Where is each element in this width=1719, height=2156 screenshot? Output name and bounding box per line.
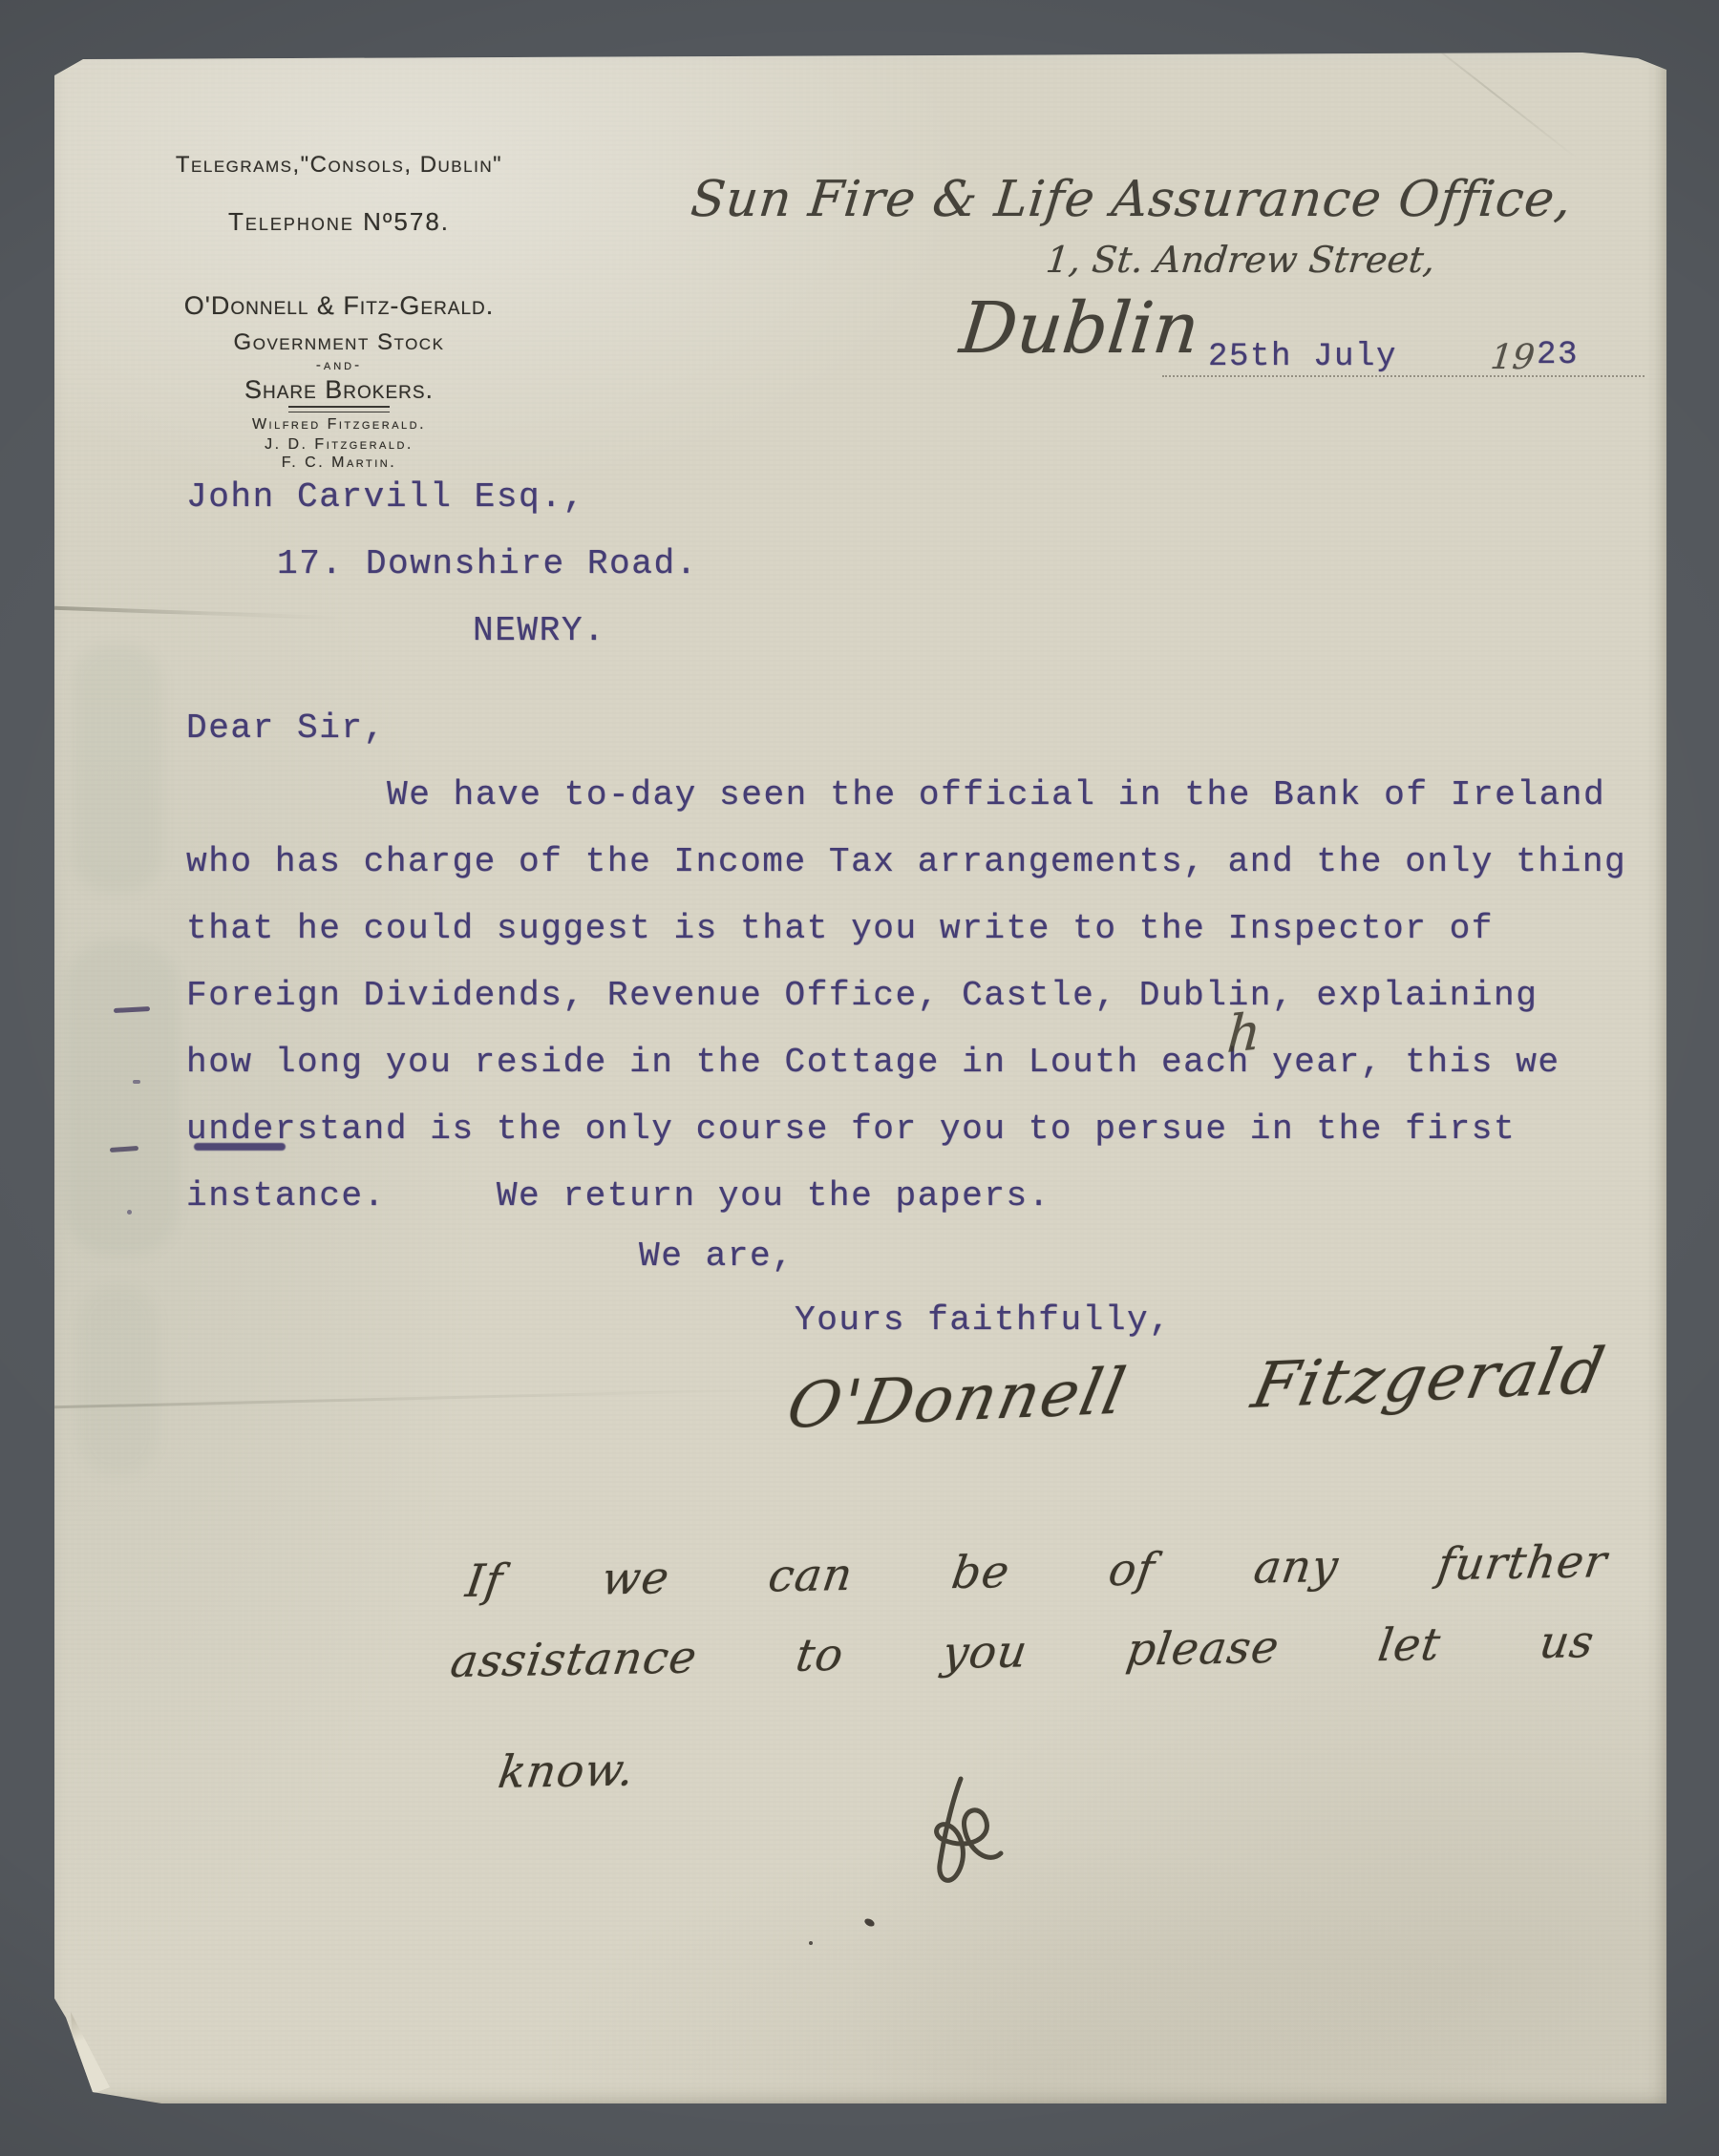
firm-name: O'Donnell & Fitz-Gerald.: [134, 293, 544, 319]
corner-fold: [62, 2012, 110, 2100]
postscript-line: If we can be of any further: [463, 1539, 1610, 1604]
postscript-line: assistance to you please let us: [448, 1619, 1597, 1684]
margin-pen-mark: [133, 1080, 140, 1084]
recipient-town: NEWRY.: [473, 614, 605, 648]
scanned-letter-photo: { "letterhead": { "telegrams": "Telegram…: [0, 0, 1719, 2156]
monogram-flourish-icon: [900, 1771, 1024, 1891]
body-line: instance. We return you the papers.: [186, 1179, 1050, 1214]
ink-speck: [809, 1941, 813, 1945]
partner-name: Wilfred Fitzgerald.: [134, 417, 544, 433]
body-line: Foreign Dividends, Revenue Office, Castl…: [186, 979, 1538, 1013]
fold-crease: [54, 1388, 780, 1409]
signature: O'Donnell Fitzgerald: [782, 1340, 1611, 1438]
postscript-line: know.: [496, 1748, 638, 1795]
margin-pen-mark: [114, 1006, 150, 1013]
firm-descriptor: Share Brokers.: [134, 377, 544, 403]
margin-pen-mark: [127, 1210, 132, 1215]
fold-crease: [1405, 23, 1579, 159]
year-prefix-printed: 19: [1489, 341, 1537, 375]
double-underline: [288, 406, 390, 412]
firm-descriptor: Government Stock: [134, 331, 544, 354]
body-line: who has charge of the Income Tax arrange…: [186, 845, 1626, 879]
showthrough-mark: [77, 1284, 159, 1475]
recipient-street: 17. Downshire Road.: [277, 547, 698, 581]
closing-yours: Yours faithfully,: [795, 1303, 1171, 1338]
office-street-script: 1, St. Andrew Street,: [1043, 242, 1438, 278]
margin-pen-mark: [110, 1146, 138, 1152]
partner-name: J. D. Fitzgerald.: [134, 437, 544, 453]
handwritten-correction-h: h: [1225, 1006, 1263, 1061]
showthrough-mark: [72, 645, 162, 893]
telephone-line: Telephone Nº578.: [134, 209, 544, 234]
date-day-month: 25th July: [1208, 341, 1397, 373]
salutation: Dear Sir,: [186, 711, 386, 746]
body-line: understand is the only course for you to…: [186, 1112, 1516, 1147]
body-line: that he could suggest is that you write …: [186, 912, 1494, 946]
ink-speck: [863, 1917, 876, 1928]
ink-smudge-underline: [194, 1143, 286, 1151]
partner-name: F. C. Martin.: [134, 455, 544, 471]
body-line: We have to-day seen the official in the …: [387, 778, 1605, 813]
firm-descriptor: -and-: [134, 358, 544, 372]
year-typed: 23: [1537, 339, 1579, 371]
office-name-script: Sun Fire & Life Assurance Office,: [675, 175, 1587, 224]
fold-crease: [54, 606, 341, 620]
showthrough-mark: [64, 941, 179, 1256]
recipient-name: John Carvill Esq.,: [186, 480, 585, 515]
body-line: how long you reside in the Cottage in Lo…: [186, 1046, 1560, 1080]
closing-we-are: We are,: [639, 1239, 794, 1274]
letter-page: Telegrams,"Consols, Dublin" Telephone Nº…: [54, 53, 1666, 2103]
telegrams-line: Telegrams,"Consols, Dublin": [134, 154, 544, 177]
